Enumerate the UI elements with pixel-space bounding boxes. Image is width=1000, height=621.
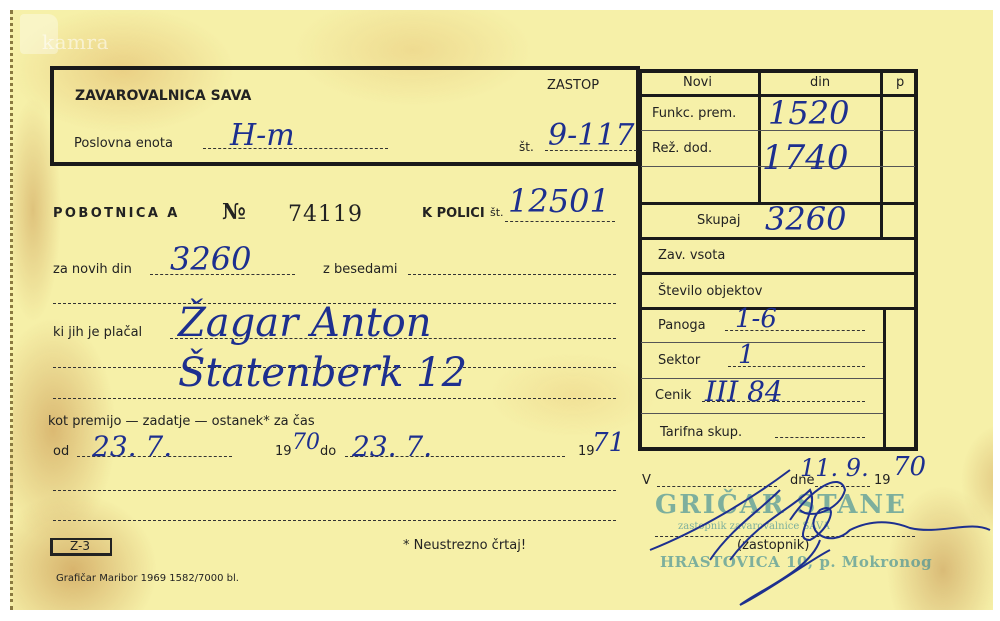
from-year[interactable]: 70 [292,430,320,455]
table-header-din: din [810,75,830,90]
footnote: * Neustrezno črtaj! [403,538,526,553]
amount-label: za novih din [53,262,132,277]
to-date[interactable]: 23. 7. [352,430,432,463]
company-name: ZAVAROVALNICA SAVA [75,88,251,104]
agency-no-value[interactable]: 9-117 [548,118,634,153]
branch-label: Panoga [658,318,706,333]
tariff-group-line[interactable] [775,437,865,438]
in-words-label: z besedami [323,262,397,277]
objects-count-label: Število objektov [658,284,762,299]
insured-sum-divider [641,272,915,275]
row-value-funkc-prem[interactable]: 1520 [768,94,849,132]
receipt-title: POBOTNICA A [53,206,180,221]
table-header-novi: Novi [683,75,712,90]
classification-col-divider [883,308,886,448]
form-code: Z-3 [70,539,90,553]
policy-no-label: št. [490,206,504,219]
branch-value[interactable]: 1-6 [735,304,777,334]
business-unit-label: Poslovna enota [74,136,173,151]
payer-address[interactable]: Štatenberk 12 [178,350,467,396]
tariff-group-label: Tarifna skup. [660,425,742,440]
policy-no-value[interactable]: 12501 [508,182,610,220]
to-year[interactable]: 71 [592,428,625,458]
from-year-prefix: 19 [275,444,292,459]
kamra-watermark: kamra [20,14,110,58]
in-words-line[interactable] [408,274,616,275]
sector-label: Sektor [658,353,700,368]
branch-divider [641,342,883,343]
col-divider-p [880,72,883,237]
tariff-list-label: Cenik [655,388,691,403]
signature-icon [640,450,1000,610]
tariff-list-divider [641,413,883,414]
insured-sum-label: Zav. vsota [658,248,725,263]
row-label-funkc-prem: Funkc. prem. [652,106,736,121]
payer-name[interactable]: Žagar Anton [178,300,432,346]
address-line-2 [53,398,616,399]
row-value-rez-dod[interactable]: 1740 [762,138,849,178]
business-unit-value[interactable]: H-m [230,118,295,153]
agency-label: ZASTOP [547,78,599,93]
table-header-p: p [896,75,904,90]
agency-no-label: št. [519,140,534,154]
payer-label: ki jih je plačal [53,325,142,340]
row-label-rez-dod: Rež. dod. [652,141,712,156]
total-label: Skupaj [697,213,740,228]
objects-divider [641,307,915,310]
tariff-list-value[interactable]: III 84 [705,375,783,408]
extra-line [53,490,616,491]
col-divider-din [758,72,761,202]
total-value[interactable]: 3260 [765,200,846,238]
policy-no-line [505,221,615,222]
to-label: do [320,444,336,459]
watermark-text: kamra [42,30,109,54]
amount-value[interactable]: 3260 [170,240,251,278]
extra-line-2 [53,520,616,521]
printer-info: Grafičar Maribor 1969 1582/7000 bl. [56,573,239,584]
from-label: od [53,444,69,459]
total-bottom-divider [641,237,915,240]
purpose-text: kot premijo — zadatje — ostanek* za čas [48,414,315,429]
sector-value[interactable]: 1 [738,340,755,370]
receipt-number: 74119 [288,202,363,227]
from-date[interactable]: 23. 7. [92,430,172,463]
policy-label: K POLICI [422,206,485,221]
number-sign: № [222,199,246,225]
